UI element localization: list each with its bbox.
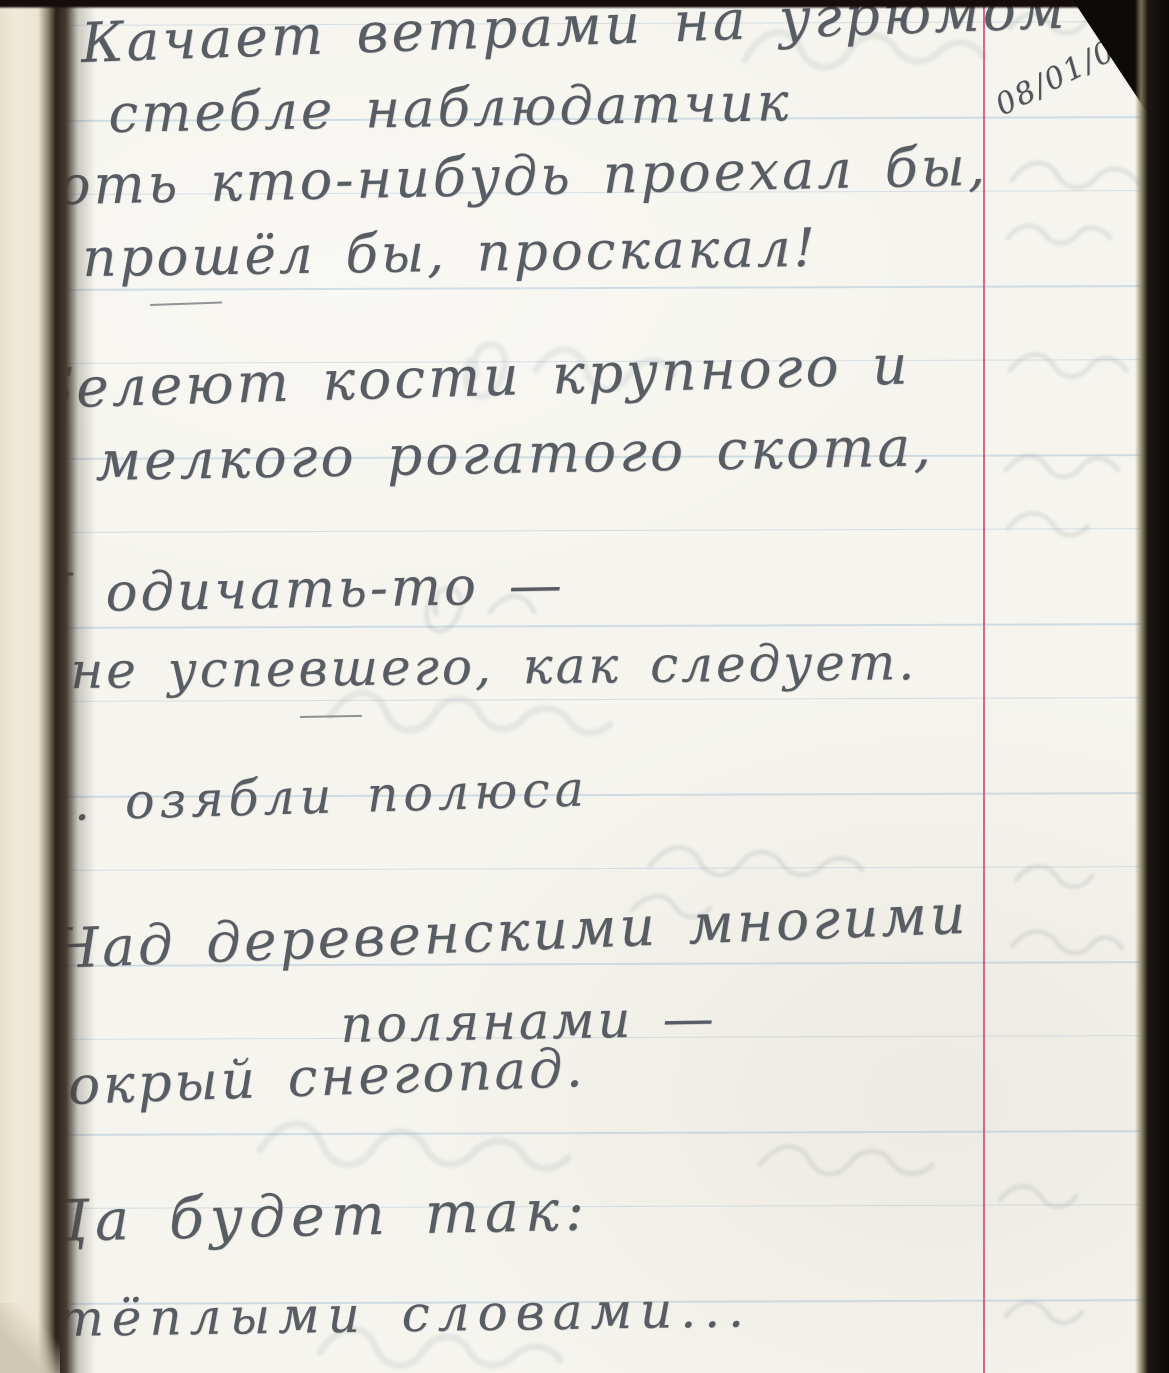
- scanned-notebook-page: Качает ветрами на угрюмом стебле наблюда…: [0, 0, 1169, 1373]
- handwritten-line: Хоть кто-нибудь проехал бы,: [16, 140, 988, 214]
- handwritten-line: Белеют кости крупного и: [32, 337, 911, 416]
- pencil-underline: [300, 715, 362, 718]
- handwritten-line: мелкого рогатого скота,: [95, 419, 934, 489]
- pencil-underline: [150, 301, 222, 306]
- page-edge-shadow-right: [1135, 0, 1169, 1373]
- handwritten-line: тёплыми словами...: [56, 1284, 752, 1344]
- handwritten-line: Мокрый снегопад.: [10, 1042, 586, 1115]
- handwritten-line: Да будет так:: [42, 1183, 591, 1251]
- handwritten-line: Над деревенскими многими: [50, 887, 969, 977]
- handwritten-line: прошёл бы, проскакал!: [82, 222, 818, 285]
- handwritten-line: стебле наблюдатчик: [108, 76, 792, 141]
- handwritten-line: И одичать-то —: [26, 559, 565, 621]
- handwritten-line: не успевшего, как следует.: [70, 637, 917, 696]
- page-corner-bottom-left: [0, 1303, 60, 1373]
- handwritten-line: ... озябли полюса: [32, 764, 589, 829]
- margin-line: [983, 0, 985, 1373]
- handwritten-line: Качает ветрами на угрюмом: [80, 0, 1068, 71]
